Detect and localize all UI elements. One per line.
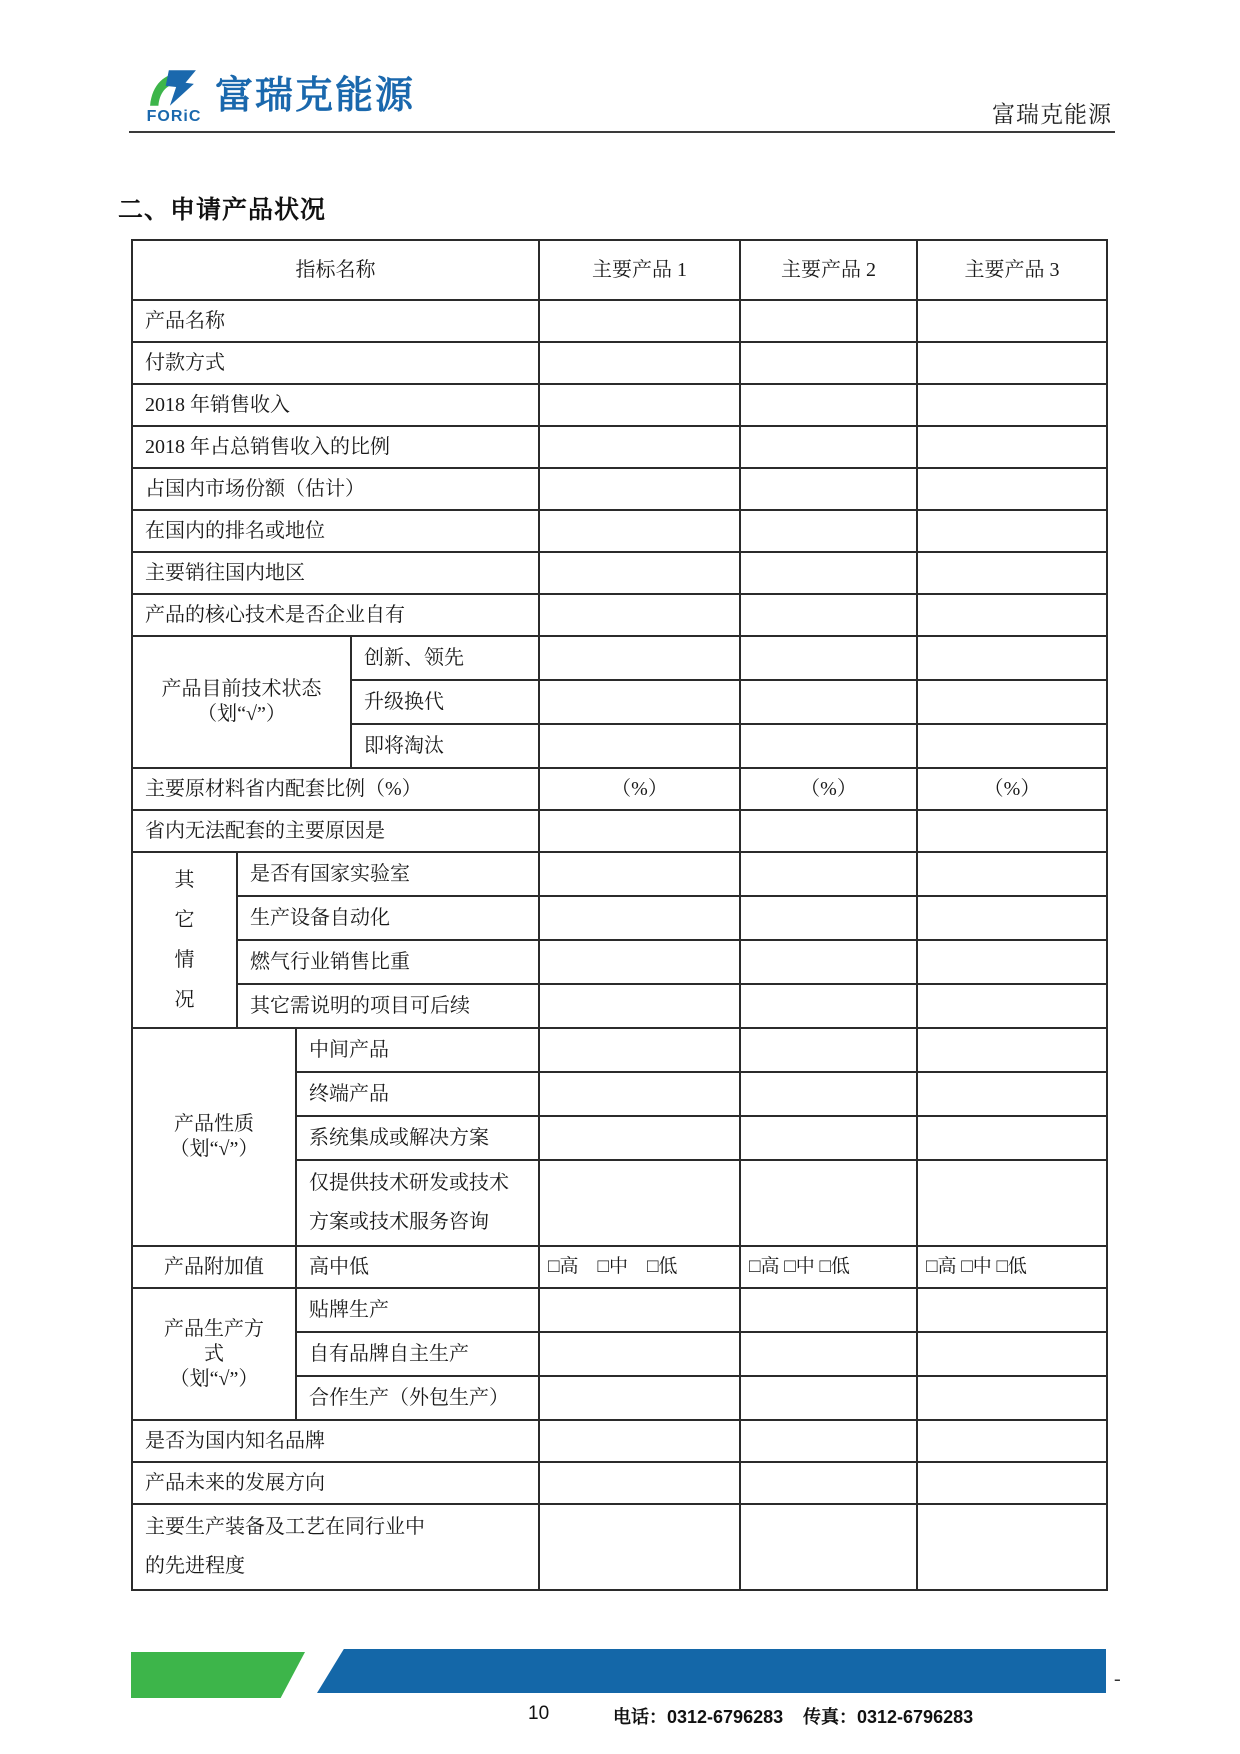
empty-cell [740,552,917,594]
empty-cell [539,724,740,768]
checkbox-group-product-2: □高 □中 □低 [740,1246,917,1288]
empty-cell [917,1420,1107,1462]
vertical-char: 情 [133,940,236,980]
vertical-char: 况 [133,980,236,1020]
sub-row-label: 合作生产（外包生产） [296,1376,539,1420]
header-indicator-name: 指标名称 [132,240,539,300]
row-label: 主要销往国内地区 [132,552,539,594]
empty-cell [740,1420,917,1462]
company-logo: FORiC 富瑞克能源 [133,62,453,132]
row-label: 主要原材料省内配套比例（%） [132,768,539,810]
label-line: 方案或技术服务咨询 [309,1203,534,1242]
header-product-1: 主要产品 1 [539,240,740,300]
group-label-line: （划“√”） [135,702,348,727]
footer-fax: 传真：0312-6796283 [803,1703,973,1729]
logo-brand-short: FORiC [133,108,215,126]
row-label: 省内无法配套的主要原因是 [132,810,539,852]
table-row: 付款方式 [132,342,1107,384]
empty-cell [917,680,1107,724]
row-label: 产品的核心技术是否企业自有 [132,594,539,636]
sub-row-label: 生产设备自动化 [237,896,539,940]
sub-row-label: 中间产品 [296,1028,539,1072]
table-row: 其它需说明的项目可后续 [132,984,1107,1028]
empty-cell [740,896,917,940]
table-row: 主要原材料省内配套比例（%） （%） （%） （%） [132,768,1107,810]
empty-cell [539,1376,740,1420]
table-row: 产品目前技术状态 （划“√”） 创新、领先 [132,636,1107,680]
empty-cell [917,1462,1107,1504]
table-row: 占国内市场份额（估计） [132,468,1107,510]
empty-cell [539,594,740,636]
section-title: 二、申请产品状况 [118,190,326,226]
sub-row-label: 升级换代 [351,680,539,724]
table-row: 产品生产方 式 （划“√”） 贴牌生产 [132,1288,1107,1332]
vertical-char: 它 [133,900,236,940]
empty-cell [740,680,917,724]
product-status-table: 指标名称 主要产品 1 主要产品 2 主要产品 3 产品名称 付款方式 2018… [131,239,1108,1591]
table-row: 产品名称 [132,300,1107,342]
sub-row-label: 自有品牌自主生产 [296,1332,539,1376]
row-label: 产品未来的发展方向 [132,1462,539,1504]
table-row: 2018 年占总销售收入的比例 [132,426,1107,468]
footer-blue-bar [317,1649,1106,1693]
empty-cell [740,1028,917,1072]
empty-cell [539,1462,740,1504]
sub-row-label: 贴牌生产 [296,1288,539,1332]
row-label: 2018 年销售收入 [132,384,539,426]
empty-cell [740,468,917,510]
sub-row-label: 其它需说明的项目可后续 [237,984,539,1028]
empty-cell [917,552,1107,594]
percent-cell: （%） [740,768,917,810]
group-label-other-info: 其 它 情 况 [132,852,237,1028]
empty-cell [740,510,917,552]
row-label: 在国内的排名或地位 [132,510,539,552]
percent-cell: （%） [917,768,1107,810]
row-label: 产品附加值 [132,1246,296,1288]
empty-cell [917,426,1107,468]
table-row: 省内无法配套的主要原因是 [132,810,1107,852]
row-label: 占国内市场份额（估计） [132,468,539,510]
empty-cell [917,384,1107,426]
footer-dash: - [1114,1668,1121,1691]
empty-cell [740,852,917,896]
label-line: 仅提供技术研发或技术 [309,1164,534,1203]
empty-cell [917,896,1107,940]
empty-cell [917,1504,1107,1590]
logo-brand-name: 富瑞克能源 [215,64,415,119]
header-company-name: 富瑞克能源 [992,96,1112,129]
empty-cell [740,940,917,984]
table-row: 是否为国内知名品牌 [132,1420,1107,1462]
group-label-line: 产品目前技术状态 [135,677,348,702]
checkbox-group-product-1: □高 □中 □低 [539,1246,740,1288]
table-row: 产品未来的发展方向 [132,1462,1107,1504]
empty-cell [539,680,740,724]
table-row: 生产设备自动化 [132,896,1107,940]
table-row: 产品的核心技术是否企业自有 [132,594,1107,636]
empty-cell [740,984,917,1028]
table-row: 燃气行业销售比重 [132,940,1107,984]
table-row: 其 它 情 况 是否有国家实验室 [132,852,1107,896]
group-label-tech-status: 产品目前技术状态 （划“√”） [132,636,351,768]
empty-cell [539,1504,740,1590]
empty-cell [917,1072,1107,1116]
group-label-line: 式 [135,1342,293,1367]
empty-cell [539,810,740,852]
empty-cell [539,1332,740,1376]
table-header-row: 指标名称 主要产品 1 主要产品 2 主要产品 3 [132,240,1107,300]
empty-cell [917,468,1107,510]
empty-cell [917,1028,1107,1072]
empty-cell [740,1072,917,1116]
empty-cell [740,1504,917,1590]
empty-cell [539,896,740,940]
empty-cell [740,384,917,426]
group-label-line: 产品性质 [135,1112,293,1137]
empty-cell [740,636,917,680]
empty-cell [539,300,740,342]
label-line: 主要生产装备及工艺在同行业中 [145,1508,534,1547]
empty-cell [917,510,1107,552]
sub-row-label: 是否有国家实验室 [237,852,539,896]
table-row: 产品性质 （划“√”） 中间产品 [132,1028,1107,1072]
empty-cell [740,724,917,768]
header-product-3: 主要产品 3 [917,240,1107,300]
table-row: 产品附加值 高中低 □高 □中 □低 □高 □中 □低 □高 □中 □低 [132,1246,1107,1288]
empty-cell [539,552,740,594]
document-page: FORiC 富瑞克能源 富瑞克能源 二、申请产品状况 指标名称 主要产品 1 主… [0,0,1240,1754]
group-label-line: （划“√”） [135,1367,293,1392]
empty-cell [740,594,917,636]
empty-cell [539,468,740,510]
percent-cell: （%） [539,768,740,810]
sub-row-label: 系统集成或解决方案 [296,1116,539,1160]
empty-cell [539,1160,740,1246]
empty-cell [539,1288,740,1332]
empty-cell [539,510,740,552]
empty-cell [539,1072,740,1116]
table-row: 在国内的排名或地位 [132,510,1107,552]
checkbox-group-product-3: □高 □中 □低 [917,1246,1107,1288]
label-line: 的先进程度 [145,1547,534,1586]
row-label: 2018 年占总销售收入的比例 [132,426,539,468]
empty-cell [917,1288,1107,1332]
empty-cell [917,984,1107,1028]
row-label: 是否为国内知名品牌 [132,1420,539,1462]
row-label: 付款方式 [132,342,539,384]
header-product-2: 主要产品 2 [740,240,917,300]
sub-row-label: 创新、领先 [351,636,539,680]
empty-cell [917,636,1107,680]
empty-cell [917,300,1107,342]
group-label-line: 产品生产方 [135,1317,293,1342]
empty-cell [539,636,740,680]
empty-cell [917,940,1107,984]
empty-cell [917,724,1107,768]
table-row: 2018 年销售收入 [132,384,1107,426]
empty-cell [917,1376,1107,1420]
empty-cell [740,300,917,342]
empty-cell [740,810,917,852]
table-row: 主要生产装备及工艺在同行业中 的先进程度 [132,1504,1107,1590]
empty-cell [917,594,1107,636]
sub-row-label: 即将淘汰 [351,724,539,768]
empty-cell [740,1288,917,1332]
empty-cell [539,940,740,984]
empty-cell [539,1116,740,1160]
row-label: 产品名称 [132,300,539,342]
empty-cell [740,426,917,468]
table-row: 主要销往国内地区 [132,552,1107,594]
empty-cell [917,810,1107,852]
empty-cell [740,1376,917,1420]
empty-cell [539,1028,740,1072]
empty-cell [740,1462,917,1504]
empty-cell [539,384,740,426]
empty-cell [740,342,917,384]
empty-cell [539,852,740,896]
sub-row-label: 燃气行业销售比重 [237,940,539,984]
empty-cell [539,1420,740,1462]
empty-cell [539,426,740,468]
row-label: 主要生产装备及工艺在同行业中 的先进程度 [132,1504,539,1590]
empty-cell [917,1332,1107,1376]
group-label-line: （划“√”） [135,1137,293,1162]
vertical-char: 其 [133,860,236,900]
sub-row-label: 仅提供技术研发或技术 方案或技术服务咨询 [296,1160,539,1246]
empty-cell [740,1116,917,1160]
empty-cell [740,1160,917,1246]
empty-cell [917,1116,1107,1160]
empty-cell [917,1160,1107,1246]
empty-cell [917,852,1107,896]
sub-row-label: 高中低 [296,1246,539,1288]
empty-cell [539,984,740,1028]
empty-cell [740,1332,917,1376]
group-label-production-mode: 产品生产方 式 （划“√”） [132,1288,296,1420]
foric-logo-icon [148,68,198,108]
footer-green-bar [131,1652,305,1698]
header-divider [129,131,1115,133]
footer-phone: 电话：0312-6796283 [613,1703,783,1729]
empty-cell [539,342,740,384]
sub-row-label: 终端产品 [296,1072,539,1116]
empty-cell [917,342,1107,384]
group-label-product-nature: 产品性质 （划“√”） [132,1028,296,1246]
page-number: 10 [528,1703,549,1725]
